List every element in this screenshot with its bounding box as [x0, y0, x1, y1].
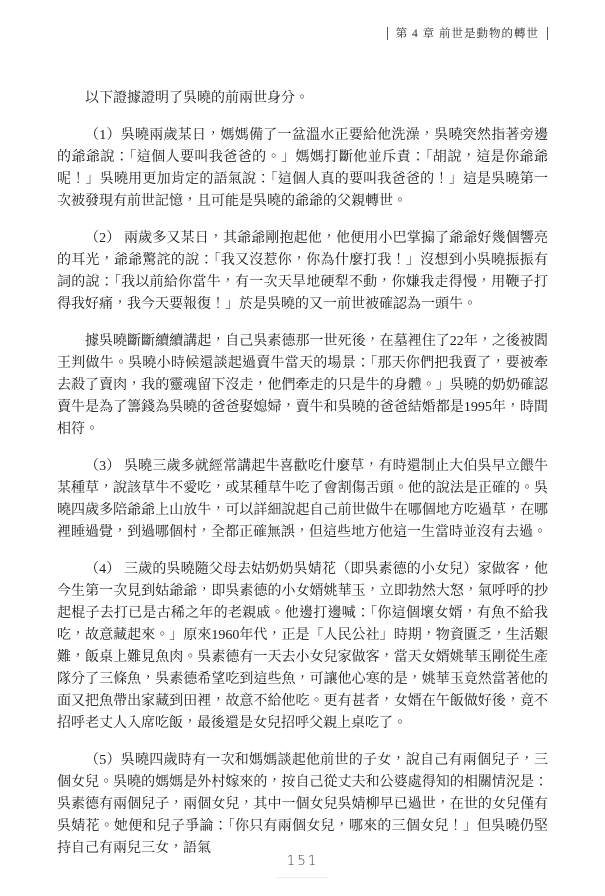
header-left-bar — [387, 27, 388, 40]
paragraph: （3） 吳曉三歲多就經常講起牛喜歡吃什麼草，有時還制止大伯吳早立餵牛某種草，說該… — [57, 456, 548, 544]
page-number: 151 — [287, 853, 319, 869]
paragraph: （1）吳曉兩歲某日，媽媽備了一盆溫水正要給他洗澡，吳曉突然指著旁邊的爺爺說：「這… — [57, 125, 548, 213]
running-header: 第 4 章 前世是動物的轉世 — [387, 25, 548, 41]
chapter-title: 第 4 章 前世是動物的轉世 — [396, 25, 539, 41]
footer-rule — [277, 877, 329, 878]
paragraph: （2） 兩歲多又某日，其爺爺剛抱起他，他便用小巴掌搧了爺爺好幾個響亮的耳光，爺爺… — [57, 228, 548, 316]
book-page: 第 4 章 前世是動物的轉世 以下證據證明了吳曉的前兩世身分。（1）吳曉兩歲某日… — [0, 0, 605, 896]
paragraph: （4） 三歲的吳曉隨父母去姑奶奶吳婧花（即吳素德的小女兒）家做客，他今生第一次見… — [57, 559, 548, 735]
paragraph: 以下證據證明了吳曉的前兩世身分。 — [57, 88, 548, 110]
page-footer: 151 — [0, 852, 605, 878]
paragraph: （5）吳曉四歲時有一次和媽媽談起他前世的子女，說自己有兩個兒子，三個女兒。吳曉的… — [57, 750, 548, 860]
paragraph: 據吳曉斷斷續續講起，自己吳素德那一世死後，在墓裡住了22年，之後被閻王判做牛。吳… — [57, 331, 548, 441]
body-text: 以下證據證明了吳曉的前兩世身分。（1）吳曉兩歲某日，媽媽備了一盆溫水正要給他洗澡… — [57, 88, 548, 875]
header-right-bar — [547, 27, 548, 40]
